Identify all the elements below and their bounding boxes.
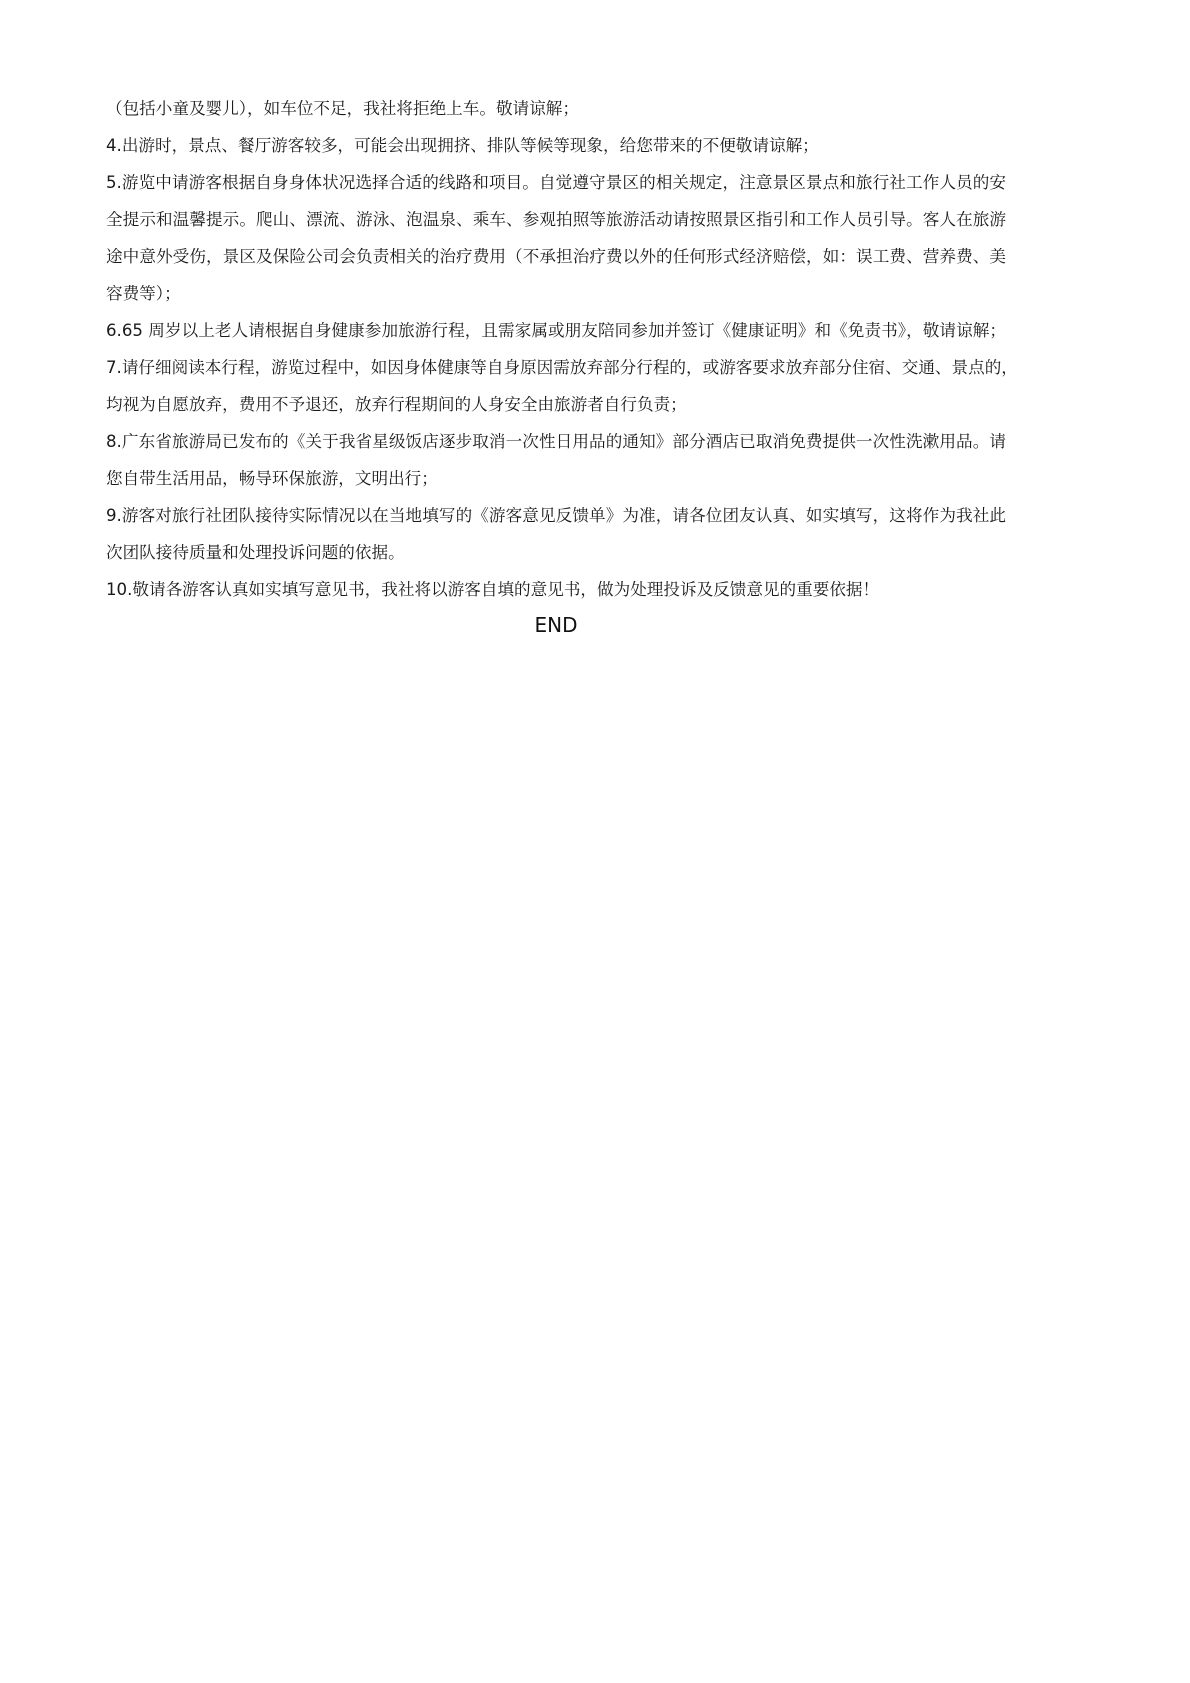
text-line: 6.65 周岁以上老人请根据自身健康参加旅游行程，且需家属或朋友陪同参加并签订《… [106,312,1006,349]
text-line: 次团队接待质量和处理投诉问题的依据。 [106,534,1006,571]
text-line: 7.请仔细阅读本行程，游览过程中，如因身体健康等自身原因需放弃部分行程的，或游客… [106,349,1006,386]
text-line: 5.游览中请游客根据自身身体状况选择合适的线路和项目。自觉遵守景区的相关规定，注… [106,164,1006,201]
text-line: 您自带生活用品，畅导环保旅游，文明出行； [106,460,1006,497]
end-marker: END [106,610,1006,640]
text-line: 全提示和温馨提示。爬山、漂流、游泳、泡温泉、乘车、参观拍照等旅游活动请按照景区指… [106,201,1006,238]
text-line: 途中意外受伤，景区及保险公司会负责相关的治疗费用（不承担治疗费以外的任何形式经济… [106,238,1006,275]
paragraph-item-6: 6.65 周岁以上老人请根据自身健康参加旅游行程，且需家属或朋友陪同参加并签订《… [106,312,1006,349]
paragraph-item-5: 5.游览中请游客根据自身身体状况选择合适的线路和项目。自觉遵守景区的相关规定，注… [106,164,1006,312]
text-line: 容费等）； [106,275,1006,312]
text-line: （包括小童及婴儿），如车位不足，我社将拒绝上车。敬请谅解； [106,90,1006,127]
text-line: 8.广东省旅游局已发布的《关于我省星级饭店逐步取消一次性日用品的通知》部分酒店已… [106,423,1006,460]
text-line: 4.出游时，景点、餐厅游客较多，可能会出现拥挤、排队等候等现象，给您带来的不便敬… [106,127,1006,164]
text-line: 均视为自愿放弃，费用不予退还，放弃行程期间的人身安全由旅游者自行负责； [106,386,1006,423]
paragraph-item-7: 7.请仔细阅读本行程，游览过程中，如因身体健康等自身原因需放弃部分行程的，或游客… [106,349,1006,423]
paragraph-item-4: 4.出游时，景点、餐厅游客较多，可能会出现拥挤、排队等候等现象，给您带来的不便敬… [106,127,1006,164]
paragraph-continuation: （包括小童及婴儿），如车位不足，我社将拒绝上车。敬请谅解； [106,90,1006,127]
paragraph-item-10: 10.敬请各游客认真如实填写意见书，我社将以游客自填的意见书，做为处理投诉及反馈… [106,571,1006,608]
document-page: （包括小童及婴儿），如车位不足，我社将拒绝上车。敬请谅解； 4.出游时，景点、餐… [106,90,1006,640]
text-line: 9.游客对旅行社团队接待实际情况以在当地填写的《游客意见反馈单》为准，请各位团友… [106,497,1006,534]
paragraph-item-9: 9.游客对旅行社团队接待实际情况以在当地填写的《游客意见反馈单》为准，请各位团友… [106,497,1006,571]
text-line: 10.敬请各游客认真如实填写意见书，我社将以游客自填的意见书，做为处理投诉及反馈… [106,571,1006,608]
paragraph-item-8: 8.广东省旅游局已发布的《关于我省星级饭店逐步取消一次性日用品的通知》部分酒店已… [106,423,1006,497]
